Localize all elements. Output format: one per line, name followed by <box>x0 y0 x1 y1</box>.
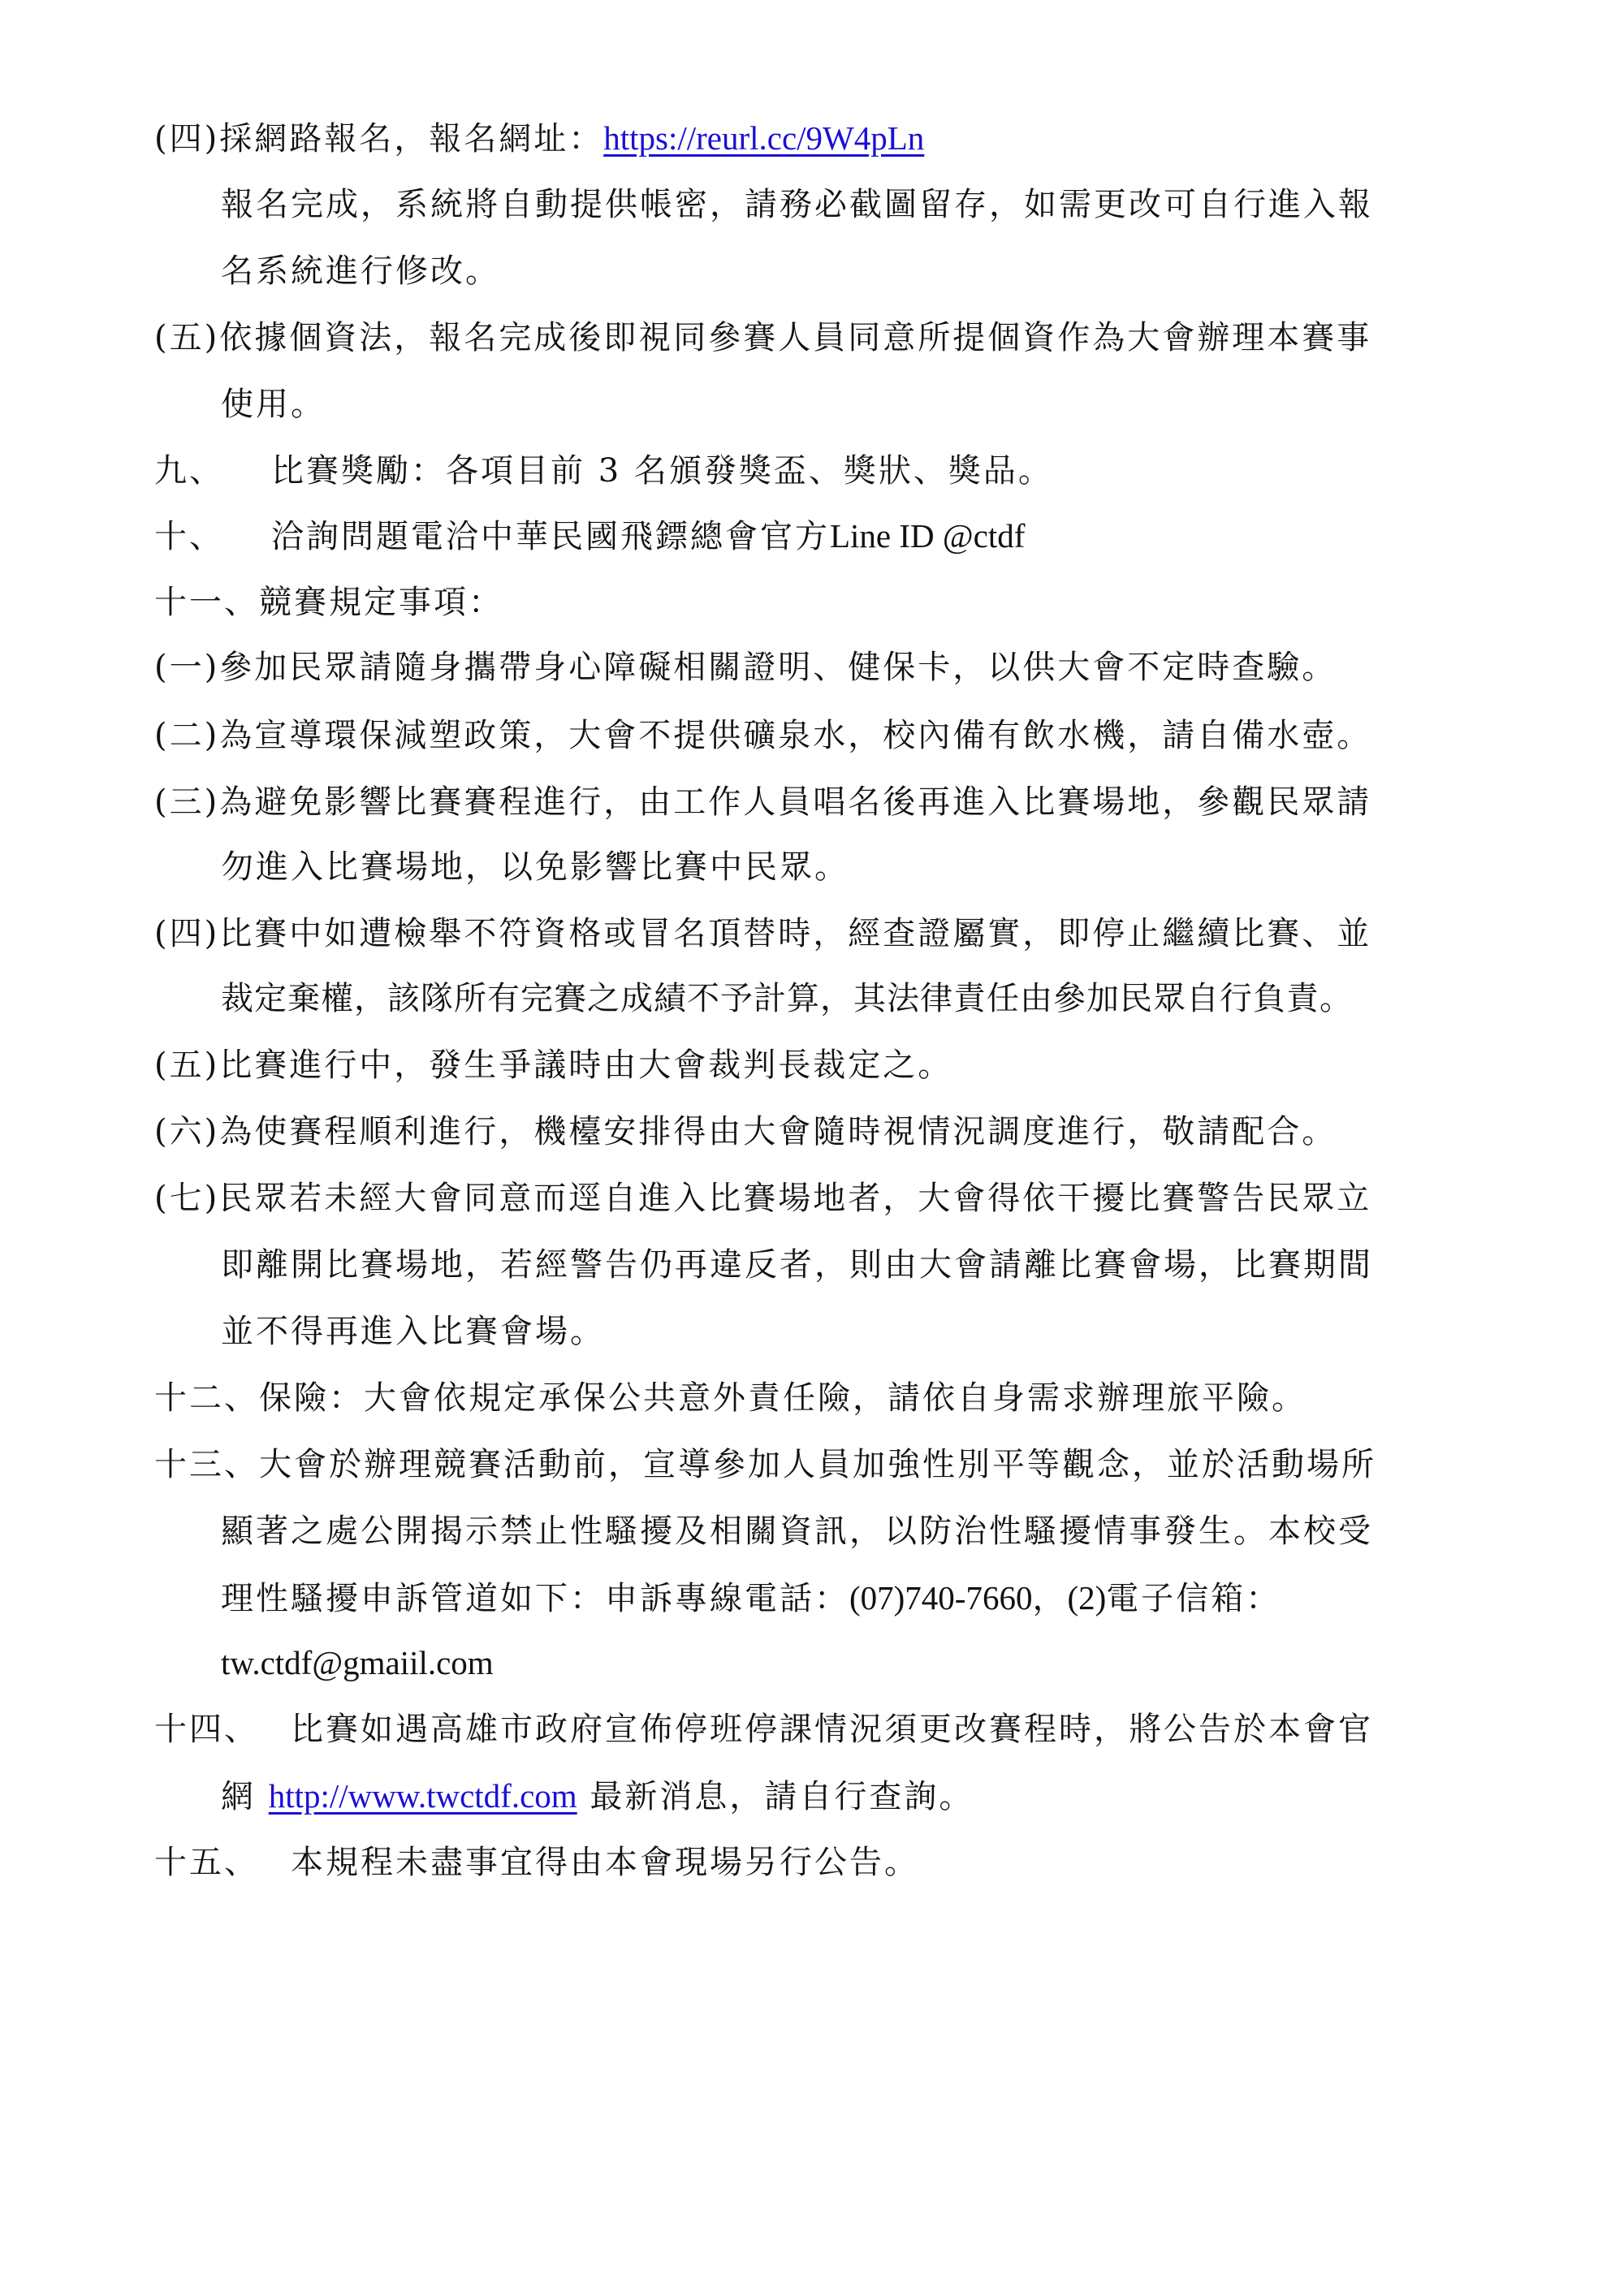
rule-3-line-1: (三)為避免影響比賽賽程進行，由工作人員唱名後再進入比賽場地，參觀民眾請 <box>154 774 1371 831</box>
section-14-line-2: 網 http://www.twctdf.com 最新消息，請自行查詢。 <box>221 1767 974 1824</box>
rule-text: 即離開比賽場地，若經警告仍再違反者，則由大會請離比賽會場，比賽期間 <box>221 1246 1373 1284</box>
rule-7-line-3: 並不得再進入比賽會場。 <box>221 1303 605 1360</box>
website-link[interactable]: http://www.twctdf.com <box>269 1777 577 1815</box>
section-13-line-1: 十三、大會於辦理競賽活動前，宣導參加人員加強性別平等觀念，並於活動場所 <box>154 1436 1376 1493</box>
section-title: 競賽規定事項： <box>259 584 503 621</box>
section-text: 顯著之處公開揭示禁止性騷擾及相關資訊，以防治性騷擾情事發生。本校受 <box>221 1513 1373 1550</box>
item-number: (2) <box>1067 1579 1106 1616</box>
section-label: 十四、 <box>154 1701 291 1758</box>
rule-4-line-2: 裁定棄權，該隊所有完賽之成績不予計算，其法律責任由參加民眾自行負責。 <box>221 970 1353 1027</box>
item-text: 報名完成，系統將自動提供帳密，請務必截圖留存，如需更改可自行進入報 <box>221 186 1373 223</box>
section-text: 本規程未盡事宜得由本會現場另行公告。 <box>291 1844 919 1881</box>
section-11-title: 十一、競賽規定事項： <box>154 574 503 631</box>
item-4-line-1: (四)採網路報名，報名網址：https://reurl.cc/9W4pLn <box>154 110 924 166</box>
rule-text: 勿進入比賽場地，以免影響比賽中民眾。 <box>221 848 849 886</box>
item-label: (五) <box>154 319 219 356</box>
rule-label: (六) <box>154 1113 219 1150</box>
section-label: 九、 <box>154 442 271 499</box>
rule-label: (四) <box>154 915 219 952</box>
rule-4-line-1: (四)比賽中如遭檢舉不符資格或冒名頂替時，經查證屬實，即停止繼續比賽、並 <box>154 905 1371 962</box>
section-text: 洽詢問題電洽中華民國飛鏢總會官方 <box>271 518 830 555</box>
section-9: 九、比賽獎勵：各項目前 3 名頒發獎盃、獎狀、獎品。 <box>154 442 1053 499</box>
section-text: 網 <box>221 1778 256 1815</box>
rule-1: (一)參加民眾請隨身攜帶身心障礙相關證明、健保卡，以供大會不定時查驗。 <box>154 639 1337 696</box>
rule-7-line-1: (七)民眾若未經大會同意而逕自進入比賽場地者，大會得依干擾比賽警告民眾立 <box>154 1170 1371 1227</box>
registration-link[interactable]: https://reurl.cc/9W4pLn <box>603 119 924 157</box>
item-label: (四) <box>154 120 219 158</box>
section-label: 十一、 <box>154 584 259 621</box>
rule-text: 並不得再進入比賽會場。 <box>221 1313 605 1350</box>
rule-6: (六)為使賽程順利進行，機檯安排得由大會隨時視情況調度進行，敬請配合。 <box>154 1103 1337 1160</box>
section-14-line-1: 十四、比賽如遇高雄市政府宣佈停班停課情況須更改賽程時，將公告於本會官 <box>154 1701 1373 1758</box>
section-13-line-4: tw.ctdf@gmaiil.com <box>221 1634 494 1691</box>
rule-label: (二) <box>154 717 219 754</box>
punctuation: ， <box>1032 1580 1067 1617</box>
rule-text: 裁定棄權，該隊所有完賽之成績不予計算，其法律責任由參加民眾自行負責。 <box>221 980 1353 1017</box>
line-id: Line ID @ctdf <box>830 517 1025 555</box>
item-text: 名系統進行修改。 <box>221 252 500 290</box>
section-text: 最新消息，請自行查詢。 <box>590 1778 974 1815</box>
rule-5: (五)比賽進行中，發生爭議時由大會裁判長裁定之。 <box>154 1037 952 1094</box>
contact-email: tw.ctdf@gmaiil.com <box>221 1644 494 1681</box>
section-13-line-2: 顯著之處公開揭示禁止性騷擾及相關資訊，以防治性騷擾情事發生。本校受 <box>221 1503 1373 1560</box>
section-label: 十五、 <box>154 1834 291 1891</box>
section-text: 保險：大會依規定承保公共意外責任險，請依自身需求辦理旅平險。 <box>259 1379 1307 1417</box>
rule-text: 比賽進行中，發生爭議時由大會裁判長裁定之。 <box>219 1047 952 1084</box>
item-5-line-1: (五)依據個資法，報名完成後即視同參賽人員同意所提個資作為大會辦理本賽事 <box>154 309 1371 366</box>
item-4-line-3: 名系統進行修改。 <box>221 243 500 300</box>
document-page: (四)採網路報名，報名網址：https://reurl.cc/9W4pLn 報名… <box>0 0 1624 2296</box>
rule-text: 民眾若未經大會同意而逕自進入比賽場地者，大會得依干擾比賽警告民眾立 <box>219 1180 1371 1217</box>
rule-text: 為避免影響比賽賽程進行，由工作人員唱名後再進入比賽場地，參觀民眾請 <box>219 783 1371 821</box>
section-12: 十二、保險：大會依規定承保公共意外責任險，請依自身需求辦理旅平險。 <box>154 1370 1307 1426</box>
rule-7-line-2: 即離開比賽場地，若經警告仍再違反者，則由大會請離比賽會場，比賽期間 <box>221 1236 1373 1293</box>
rule-label: (三) <box>154 783 219 821</box>
section-text: 大會於辦理競賽活動前，宣導參加人員加強性別平等觀念，並於活動場所 <box>259 1446 1376 1483</box>
section-label: 十三、 <box>154 1446 259 1483</box>
item-4-line-2: 報名完成，系統將自動提供帳密，請務必截圖留存，如需更改可自行進入報 <box>221 176 1373 233</box>
section-text: 比賽如遇高雄市政府宣佈停班停課情況須更改賽程時，將公告於本會官 <box>291 1711 1373 1748</box>
rule-3-line-2: 勿進入比賽場地，以免影響比賽中民眾。 <box>221 839 849 896</box>
item-5-line-2: 使用。 <box>221 376 326 433</box>
rule-text: 為宣導環保減塑政策，大會不提供礦泉水，校內備有飲水機，請自備水壺。 <box>219 717 1371 754</box>
rule-text: 為使賽程順利進行，機檯安排得由大會隨時視情況調度進行，敬請配合。 <box>219 1113 1337 1150</box>
section-13-line-3: 理性騷擾申訴管道如下：申訴專線電話：(07)740-7660，(2)電子信箱： <box>221 1569 1281 1626</box>
rule-2: (二)為宣導環保減塑政策，大會不提供礦泉水，校內備有飲水機，請自備水壺。 <box>154 707 1371 764</box>
rule-label: (一) <box>154 649 219 686</box>
section-label: 十二、 <box>154 1379 259 1417</box>
section-text: 理性騷擾申訴管道如下：申訴專線電話： <box>221 1580 849 1617</box>
item-text: 使用。 <box>221 386 326 423</box>
item-text: 依據個資法，報名完成後即視同參賽人員同意所提個資作為大會辦理本賽事 <box>219 319 1371 356</box>
section-10: 十、洽詢問題電洽中華民國飛鏢總會官方Line ID @ctdf <box>154 507 1025 564</box>
section-label: 十、 <box>154 508 271 565</box>
rule-text: 參加民眾請隨身攜帶身心障礙相關證明、健保卡，以供大會不定時查驗。 <box>219 649 1337 686</box>
hotline-phone: (07)740-7660 <box>849 1579 1032 1616</box>
item-text: 採網路報名，報名網址： <box>219 120 603 158</box>
section-text: 比賽獎勵：各項目前 3 名頒發獎盃、獎狀、獎品。 <box>271 452 1053 490</box>
rule-label: (七) <box>154 1180 219 1217</box>
section-15: 十五、本規程未盡事宜得由本會現場另行公告。 <box>154 1834 919 1891</box>
rule-text: 比賽中如遭檢舉不符資格或冒名頂替時，經查證屬實，即停止繼續比賽、並 <box>219 915 1371 952</box>
rule-label: (五) <box>154 1047 219 1084</box>
section-text: 電子信箱： <box>1106 1580 1281 1617</box>
